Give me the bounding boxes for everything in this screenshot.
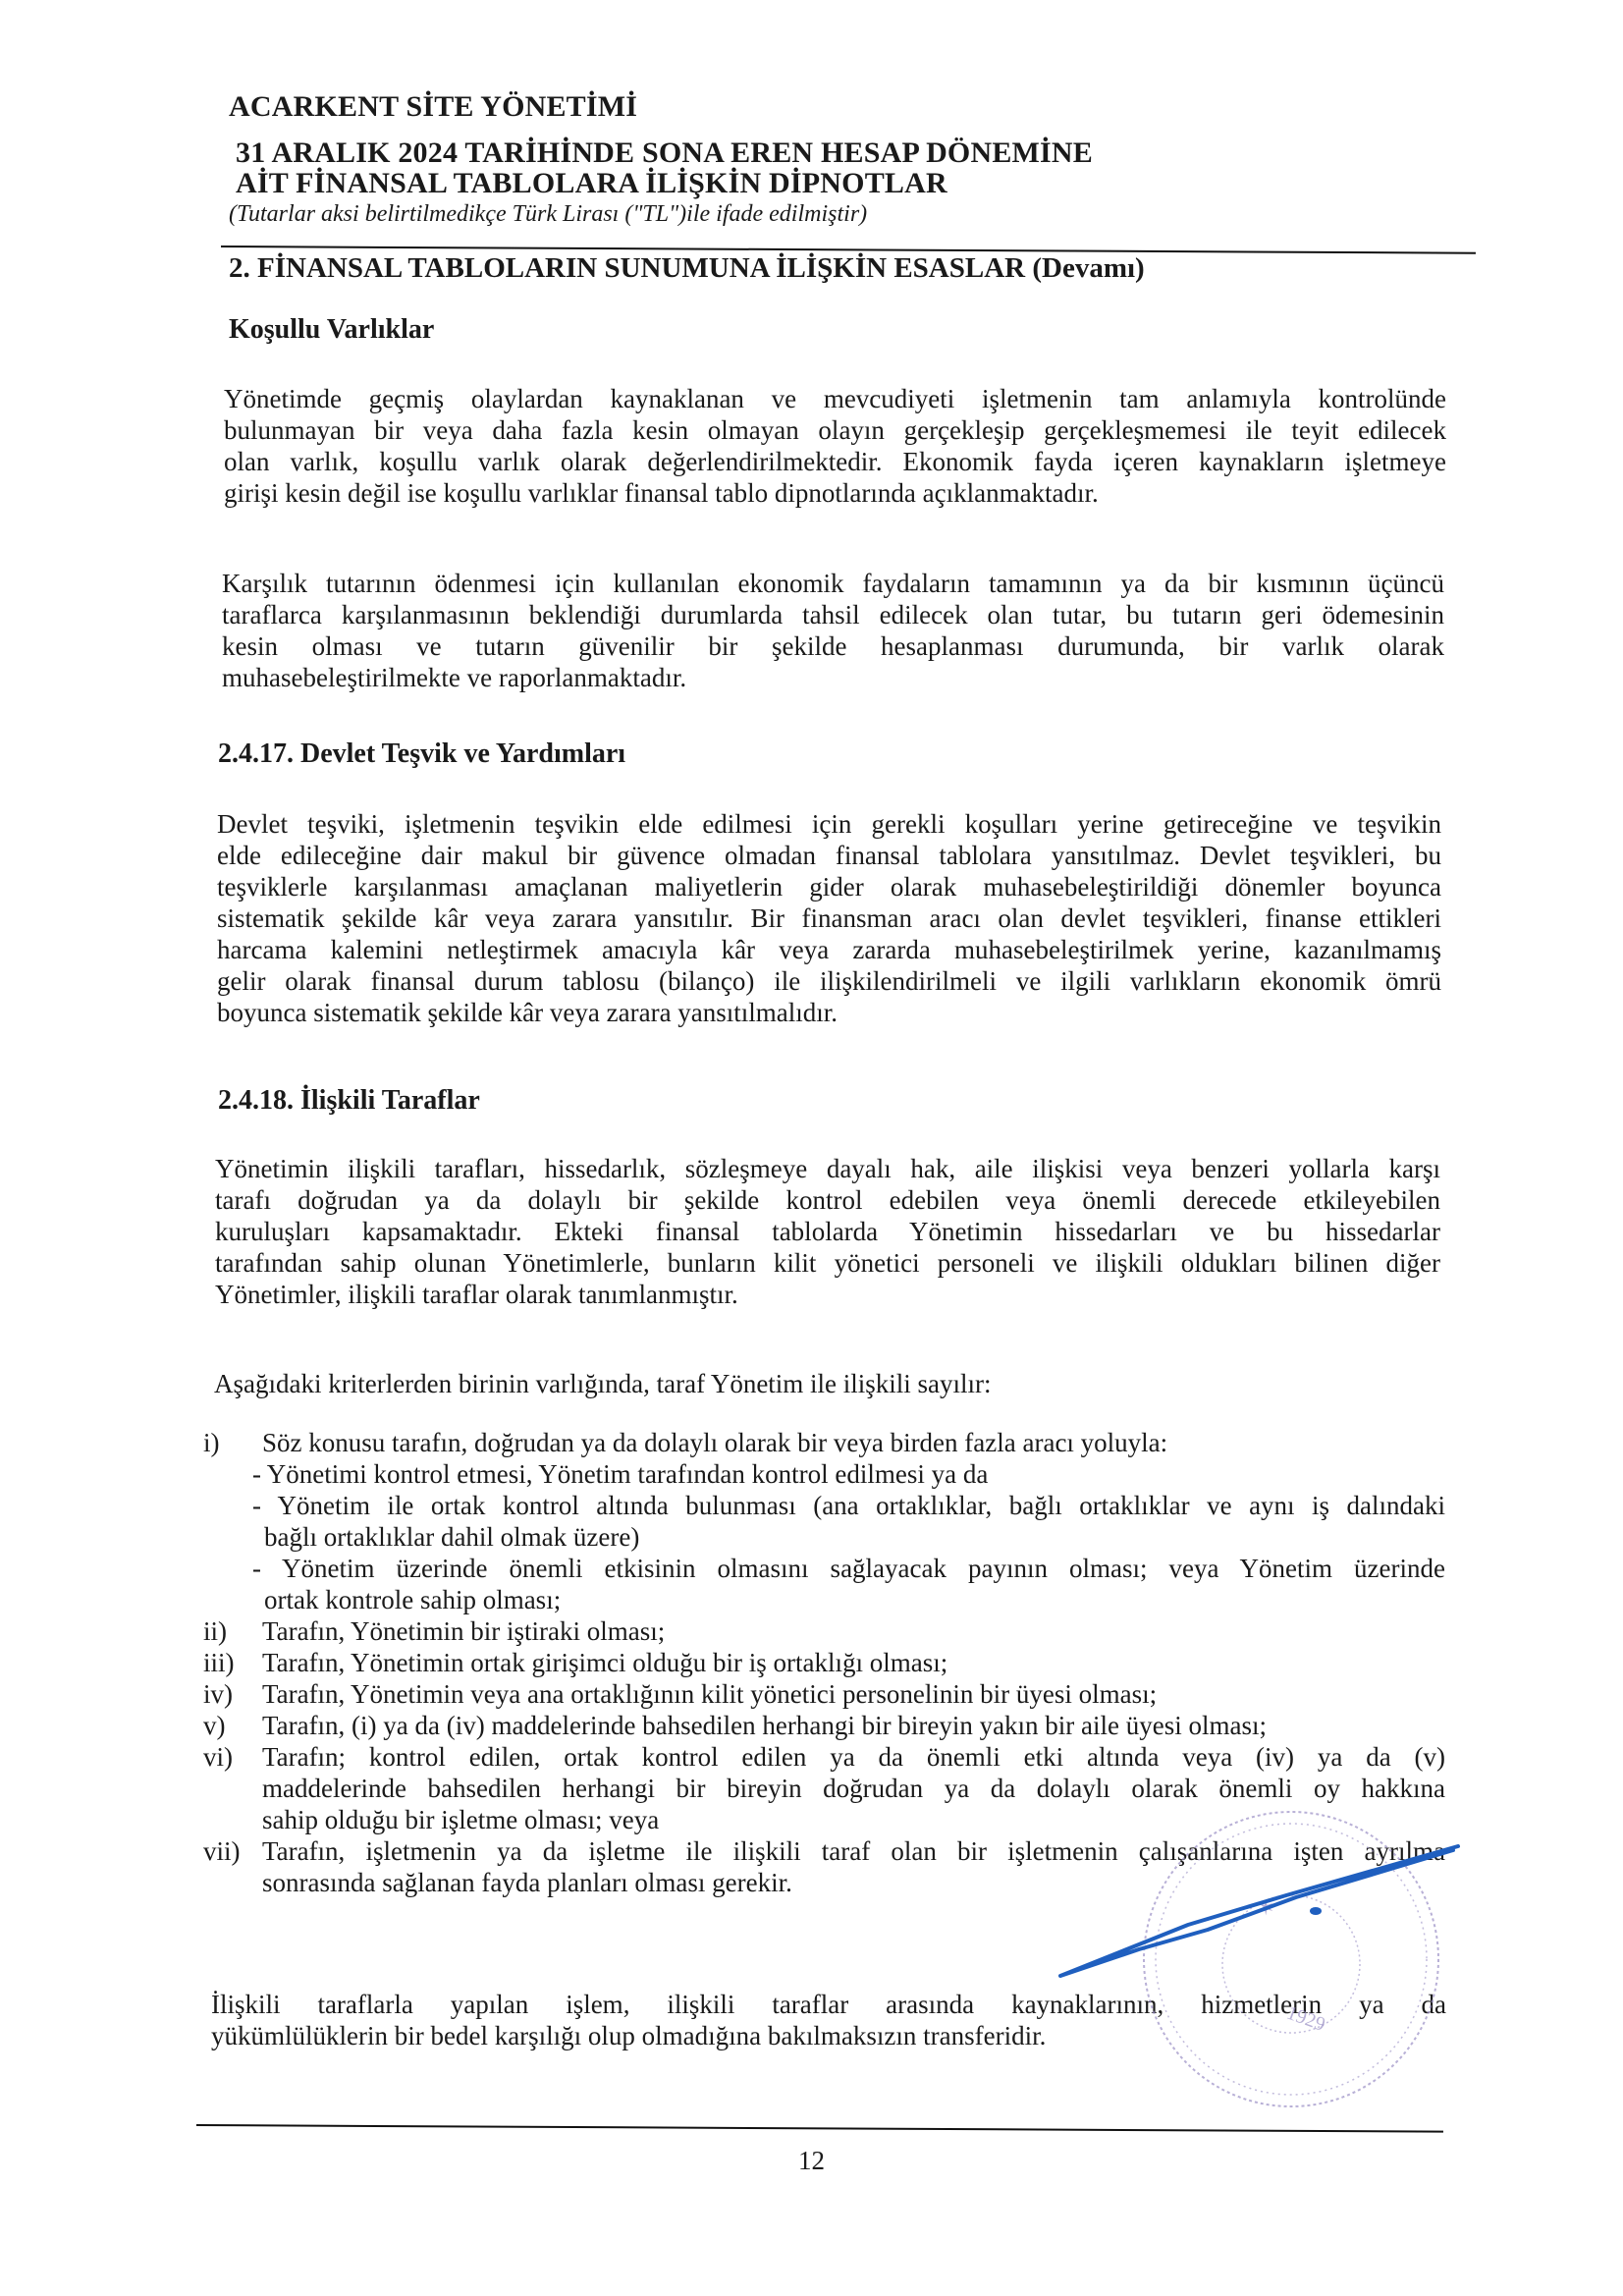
- criteria-text: Tarafın, Yönetimin veya ana ortaklığının…: [262, 1678, 1445, 1710]
- report-title-line2: AİT FİNANSAL TABLOLARA İLİŞKİN DİPNOTLAR: [236, 167, 947, 200]
- company-name: ACARKENT SİTE YÖNETİMİ: [229, 90, 637, 124]
- criteria-subitem: - Yönetim ile ortak kontrol altında bulu…: [203, 1490, 1445, 1553]
- text-line: Devlet teşviki, işletmenin teşvikin elde…: [217, 808, 1441, 840]
- paragraph-kosullu-1: Yönetimde geçmiş olaylardan kaynaklanan …: [224, 383, 1446, 509]
- report-title-line1: 31 ARALIK 2024 TARİHİNDE SONA EREN HESAP…: [236, 137, 1093, 170]
- paragraph-iliskili-1: Yönetimin ilişkili tarafları, hissedarlı…: [215, 1153, 1440, 1310]
- criteria-list: i)Söz konusu tarafın, doğrudan ya da dol…: [203, 1427, 1445, 1898]
- text-line: İlişkili taraflarla yapılan işlem, ilişk…: [211, 1989, 1446, 2020]
- currency-note: (Tutarlar aksi belirtilmedikçe Türk Lira…: [229, 201, 867, 228]
- text-line: tarafı doğrudan ya da dolaylı bir şekild…: [215, 1184, 1440, 1216]
- criteria-item: v)Tarafın, (i) ya da (iv) maddelerinde b…: [203, 1710, 1445, 1741]
- text-line: Yönetimin ilişkili tarafları, hissedarlı…: [215, 1153, 1440, 1184]
- paragraph-kosullu-2: Karşılık tutarının ödenmesi için kullanı…: [222, 568, 1444, 693]
- text-line: Tarafın, Yönetimin ortak girişimci olduğ…: [262, 1647, 1445, 1678]
- heading-iliskili-taraflar: 2.4.18. İlişkili Taraflar: [218, 1085, 480, 1117]
- criteria-item: iv)Tarafın, Yönetimin veya ana ortaklığı…: [203, 1678, 1445, 1710]
- criteria-item: ii)Tarafın, Yönetimin bir iştiraki olmas…: [203, 1615, 1445, 1647]
- text-line: sahip olduğu bir işletme olması; veya: [262, 1804, 1445, 1835]
- criteria-item: vi)Tarafın; kontrol edilen, ortak kontro…: [203, 1741, 1445, 1835]
- criteria-item: i)Söz konusu tarafın, doğrudan ya da dol…: [203, 1427, 1445, 1458]
- criteria-subitem: - Yönetim üzerinde önemli etkisinin olma…: [203, 1553, 1445, 1615]
- text-line: - Yönetim üzerinde önemli etkisinin olma…: [252, 1553, 1445, 1584]
- criteria-text: Söz konusu tarafın, doğrudan ya da dolay…: [262, 1427, 1445, 1458]
- text-line: Söz konusu tarafın, doğrudan ya da dolay…: [262, 1427, 1445, 1458]
- criteria-item: iii)Tarafın, Yönetimin ortak girişimci o…: [203, 1647, 1445, 1678]
- criteria-number: vii): [203, 1835, 241, 1867]
- criteria-text: Tarafın, Yönetimin ortak girişimci olduğ…: [262, 1647, 1445, 1678]
- text-line: elde edileceğine dair makul bir güvence …: [217, 840, 1441, 871]
- paragraph-iliskili-closing: İlişkili taraflarla yapılan işlem, ilişk…: [211, 1989, 1446, 2051]
- text-line: tarafından sahip olunan Yönetimlerle, bu…: [215, 1247, 1440, 1279]
- text-line: sonrasında sağlanan fayda planları olmas…: [262, 1867, 1445, 1898]
- text-line: girişi kesin değil ise koşullu varlıklar…: [224, 477, 1446, 509]
- criteria-number: i): [203, 1427, 220, 1458]
- footer-divider: [196, 2124, 1443, 2133]
- text-line: Tarafın, işletmenin ya da işletme ile il…: [262, 1835, 1445, 1867]
- text-line: olan varlık, koşullu varlık olarak değer…: [224, 446, 1446, 477]
- text-line: Tarafın; kontrol edilen, ortak kontrol e…: [262, 1741, 1445, 1773]
- text-line: kuruluşları kapsamaktadır. Ekteki finans…: [215, 1216, 1440, 1247]
- text-line: harcama kalemini netleştirmek amacıyla k…: [217, 934, 1441, 965]
- text-line: taraflarca karşılanmasının beklendiği du…: [222, 599, 1444, 630]
- text-line: teşviklerle karşılanması amaçlanan maliy…: [217, 871, 1441, 902]
- text-line: sistematik şekilde kâr veya zarara yansı…: [217, 902, 1441, 934]
- text-line: Karşılık tutarının ödenmesi için kullanı…: [222, 568, 1444, 599]
- criteria-text: Tarafın, işletmenin ya da işletme ile il…: [262, 1835, 1445, 1898]
- section-title: 2. FİNANSAL TABLOLARIN SUNUMUNA İLİŞKİN …: [229, 252, 1145, 285]
- criteria-subitem: - Yönetimi kontrol etmesi, Yönetim taraf…: [203, 1458, 1445, 1490]
- page-number: 12: [0, 2146, 1623, 2176]
- text-line: Tarafın, Yönetimin veya ana ortaklığının…: [262, 1678, 1445, 1710]
- text-line: gelir olarak finansal durum tablosu (bil…: [217, 965, 1441, 997]
- criteria-number: ii): [203, 1615, 227, 1647]
- text-line: bulunmayan bir veya daha fazla kesin olm…: [224, 414, 1446, 446]
- criteria-text: Tarafın, (i) ya da (iv) maddelerinde bah…: [262, 1710, 1445, 1741]
- criteria-number: v): [203, 1710, 226, 1741]
- text-line: maddelerinde bahsedilen herhangi bir bir…: [262, 1773, 1445, 1804]
- document-page: ACARKENT SİTE YÖNETİMİ 31 ARALIK 2024 TA…: [0, 0, 1623, 2296]
- text-line: bağlı ortaklıklar dahil olmak üzere): [252, 1521, 1445, 1553]
- svg-text:✶: ✶: [1257, 1895, 1274, 1920]
- text-line: yükümlülüklerin bir bedel karşılığı olup…: [211, 2020, 1446, 2051]
- text-line: - Yönetim ile ortak kontrol altında bulu…: [252, 1490, 1445, 1521]
- text-line: Yönetimler, ilişkili taraflar olarak tan…: [215, 1279, 1440, 1310]
- text-line: boyunca sistematik şekilde kâr veya zara…: [217, 997, 1441, 1028]
- criteria-text: Tarafın; kontrol edilen, ortak kontrol e…: [262, 1741, 1445, 1835]
- criteria-intro: Aşağıdaki kriterlerden birinin varlığınd…: [214, 1368, 1196, 1399]
- text-line: Tarafın, Yönetimin bir iştiraki olması;: [262, 1615, 1445, 1647]
- text-line: ortak kontrole sahip olması;: [252, 1584, 1445, 1615]
- criteria-text: Tarafın, Yönetimin bir iştiraki olması;: [262, 1615, 1445, 1647]
- text-line: Tarafın, (i) ya da (iv) maddelerinde bah…: [262, 1710, 1445, 1741]
- criteria-number: iv): [203, 1678, 233, 1710]
- text-line: - Yönetimi kontrol etmesi, Yönetim taraf…: [252, 1458, 1445, 1490]
- heading-devlet-tesvik: 2.4.17. Devlet Teşvik ve Yardımları: [218, 738, 625, 770]
- paragraph-devlet-tesvik: Devlet teşviki, işletmenin teşvikin elde…: [217, 808, 1441, 1028]
- criteria-item: vii)Tarafın, işletmenin ya da işletme il…: [203, 1835, 1445, 1898]
- heading-kosullu-varliklar: Koşullu Varlıklar: [229, 314, 434, 346]
- criteria-number: vi): [203, 1741, 233, 1773]
- text-line: kesin olması ve tutarın güvenilir bir şe…: [222, 630, 1444, 662]
- criteria-number: iii): [203, 1647, 235, 1678]
- text-line: muhasebeleştirilmekte ve raporlanmaktadı…: [222, 662, 1444, 693]
- text-line: Yönetimde geçmiş olaylardan kaynaklanan …: [224, 383, 1446, 414]
